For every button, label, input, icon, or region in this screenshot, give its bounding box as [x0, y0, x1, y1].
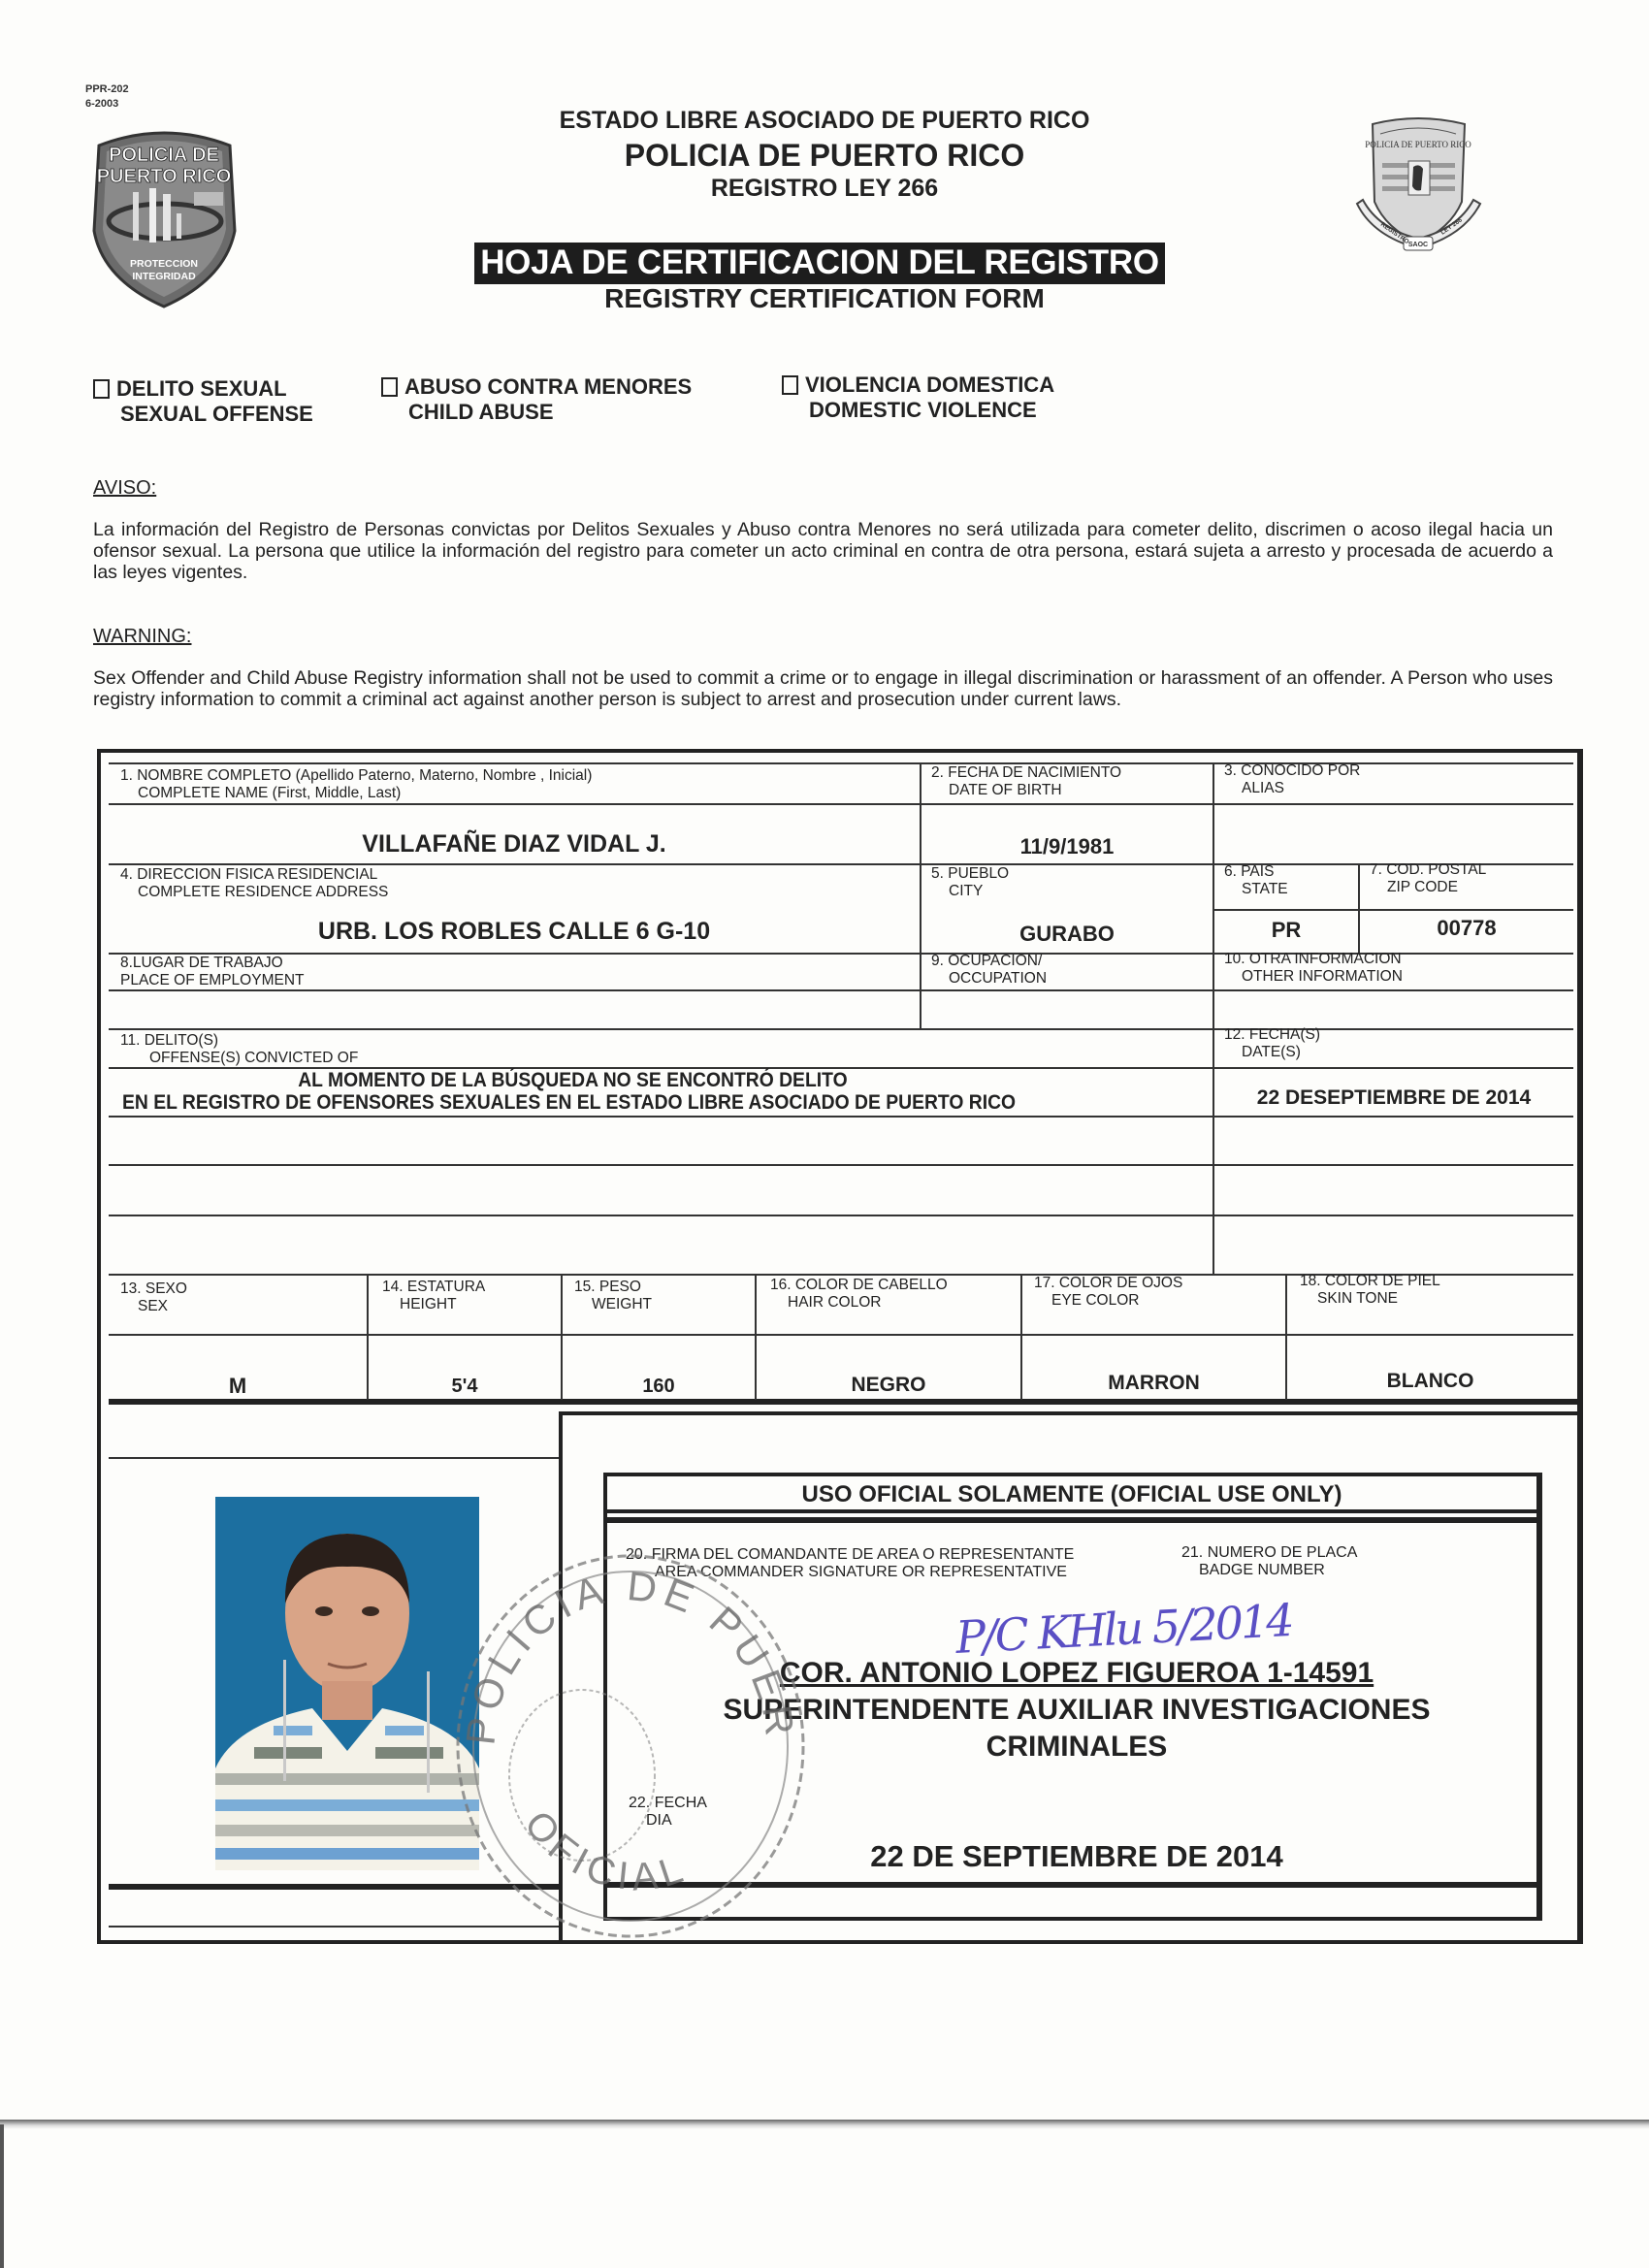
scan-fold-line — [0, 2120, 1649, 2129]
field-22-label: 22. FECHADIA — [629, 1795, 707, 1830]
svg-text:POLICIA DE PUERTO RICO: POLICIA DE PUERTO RICO — [1365, 140, 1471, 149]
category-sublabel: DOMESTIC VIOLENCE — [782, 398, 1054, 423]
hair-color-value: NEGRO — [757, 1374, 1020, 1397]
scan-edge — [0, 2124, 4, 2268]
registry-shield-emblem-icon: POLICIA DE PUERTO RICO SAOC REGISTRO LEY… — [1353, 114, 1484, 255]
field-6-label: 6. PAISSTATE — [1224, 863, 1288, 898]
signatory-title: SUPERINTENDENTE AUXILIAR INVESTIGACIONES — [621, 1694, 1533, 1727]
category-sublabel: CHILD ABUSE — [381, 400, 692, 425]
field-4-label: 4. DIRECCION FISICA RESIDENCIALCOMPLETE … — [120, 866, 388, 901]
field-21-label: 21. NUMERO DE PLACABADGE NUMBER — [1181, 1544, 1357, 1579]
svg-text:SAOC: SAOC — [1408, 242, 1428, 248]
grid-line — [109, 1926, 559, 1928]
field-14-label: 14. ESTATURAHEIGHT — [382, 1279, 485, 1313]
grid-line-thick — [607, 1517, 1536, 1523]
offense-value-line-1: AL MOMENTO DE LA BÚSQUEDA NO SE ENCONTRÓ… — [109, 1069, 1037, 1092]
field-13-label: 13. SEXOSEX — [120, 1280, 187, 1315]
category-label: DELITO SEXUAL — [116, 376, 287, 401]
page-subtitle: REGISTRY CERTIFICATION FORM — [0, 283, 1649, 314]
certification-date: 22 DE SEPTIEMBRE DE 2014 — [621, 1839, 1533, 1874]
category-label: VIOLENCIA DOMESTICA — [805, 373, 1054, 397]
checkbox-sexual-offense[interactable] — [93, 379, 110, 399]
full-name-value: VILLAFAÑE DIAZ VIDAL J. — [109, 830, 920, 859]
grid-line — [109, 803, 1573, 805]
aviso-text: La información del Registro de Personas … — [93, 519, 1553, 583]
field-1-label: 1. NOMBRE COMPLETO (Apellido Paterno, Ma… — [120, 767, 592, 802]
city-value: GURABO — [921, 922, 1212, 947]
field-16-label: 16. COLOR DE CABELLOHAIR COLOR — [770, 1277, 948, 1312]
grid-line — [1212, 909, 1573, 911]
grid-line-thick — [109, 1884, 559, 1890]
eye-color-value: MARRON — [1022, 1372, 1285, 1395]
date-of-birth-value: 11/9/1981 — [921, 834, 1212, 859]
grid-line — [109, 989, 1573, 991]
category-domestic-violence[interactable]: VIOLENCIA DOMESTICA DOMESTIC VIOLENCE — [782, 373, 1054, 423]
height-value: 5'4 — [369, 1376, 561, 1398]
warning-text: Sex Offender and Child Abuse Registry in… — [93, 667, 1553, 710]
grid-line-thick — [607, 1882, 1536, 1888]
field-3-label: 3. CONOCIDO PORALIAS — [1224, 762, 1360, 797]
warning-heading: WARNING: — [93, 626, 191, 648]
field-9-label: 9. OCUPACION/OCCUPATION — [931, 953, 1047, 988]
aviso-heading: AVISO: — [93, 477, 156, 500]
category-sublabel: SEXUAL OFFENSE — [93, 402, 313, 427]
state-value: PR — [1214, 918, 1358, 943]
category-sexual-offense[interactable]: DELITO SEXUAL SEXUAL OFFENSE — [93, 376, 313, 427]
residence-address-value: URB. LOS ROBLES CALLE 6 G-10 — [109, 918, 920, 946]
field-7-label: 7. COD. POSTALZIP CODE — [1370, 861, 1486, 896]
grid-line — [109, 1457, 559, 1459]
category-child-abuse[interactable]: ABUSO CONTRA MENORES CHILD ABUSE — [381, 374, 692, 425]
grid-line — [109, 1028, 1573, 1030]
registrant-photo — [215, 1497, 479, 1870]
field-17-label: 17. COLOR DE OJOSEYE COLOR — [1034, 1275, 1182, 1310]
grid-line — [109, 863, 1573, 865]
field-20-label: 20. FIRMA DEL COMANDANTE DE AREA O REPRE… — [626, 1546, 1074, 1581]
person-photo-icon — [215, 1497, 479, 1870]
field-15-label: 15. PESOWEIGHT — [574, 1279, 652, 1313]
field-2-label: 2. FECHA DE NACIMIENTODATE OF BIRTH — [931, 764, 1121, 799]
grid-line — [109, 1334, 1573, 1336]
zip-code-value: 00778 — [1360, 916, 1573, 941]
form-number: PPR-202 — [85, 82, 129, 97]
official-use-title: USO OFICIAL SOLAMENTE (OFICIAL USE ONLY) — [607, 1478, 1536, 1513]
grid-line — [109, 1116, 1573, 1118]
offense-value-line-2: EN EL REGISTRO DE OFENSORES SEXUALES EN … — [122, 1091, 1016, 1115]
checkbox-child-abuse[interactable] — [381, 377, 398, 397]
grid-line — [920, 762, 921, 1028]
offense-date-value: 22 DESEPTIEMBRE DE 2014 — [1214, 1086, 1573, 1110]
checkbox-domestic-violence[interactable] — [782, 375, 798, 395]
signatory-title-cont: CRIMINALES — [621, 1731, 1533, 1764]
grid-line — [109, 1164, 1573, 1166]
field-8-label: 8.LUGAR DE TRABAJOPLACE OF EMPLOYMENT — [120, 955, 304, 989]
field-10-label: 10. OTRA INFORMACIONOTHER INFORMATION — [1224, 951, 1403, 986]
sex-value: M — [109, 1374, 367, 1399]
field-5-label: 5. PUEBLOCITY — [931, 865, 1009, 900]
weight-value: 160 — [563, 1376, 755, 1398]
signatory-name: COR. ANTONIO LOPEZ FIGUEROA 1-14591 — [621, 1657, 1533, 1690]
page-title: HOJA DE CERTIFICACION DEL REGISTRO — [474, 243, 1165, 284]
field-12-label: 12. FECHA(S)DATE(S) — [1224, 1026, 1320, 1061]
grid-line — [109, 1215, 1573, 1216]
category-label: ABUSO CONTRA MENORES — [404, 374, 692, 399]
skin-tone-value: BLANCO — [1287, 1370, 1573, 1393]
grid-line-thick — [109, 1399, 1583, 1405]
field-18-label: 18. COLOR DE PIELSKIN TONE — [1300, 1273, 1440, 1308]
field-11-label: 11. DELITO(S)OFFENSE(S) CONVICTED OF — [120, 1032, 358, 1067]
grid-line — [1212, 762, 1214, 1275]
